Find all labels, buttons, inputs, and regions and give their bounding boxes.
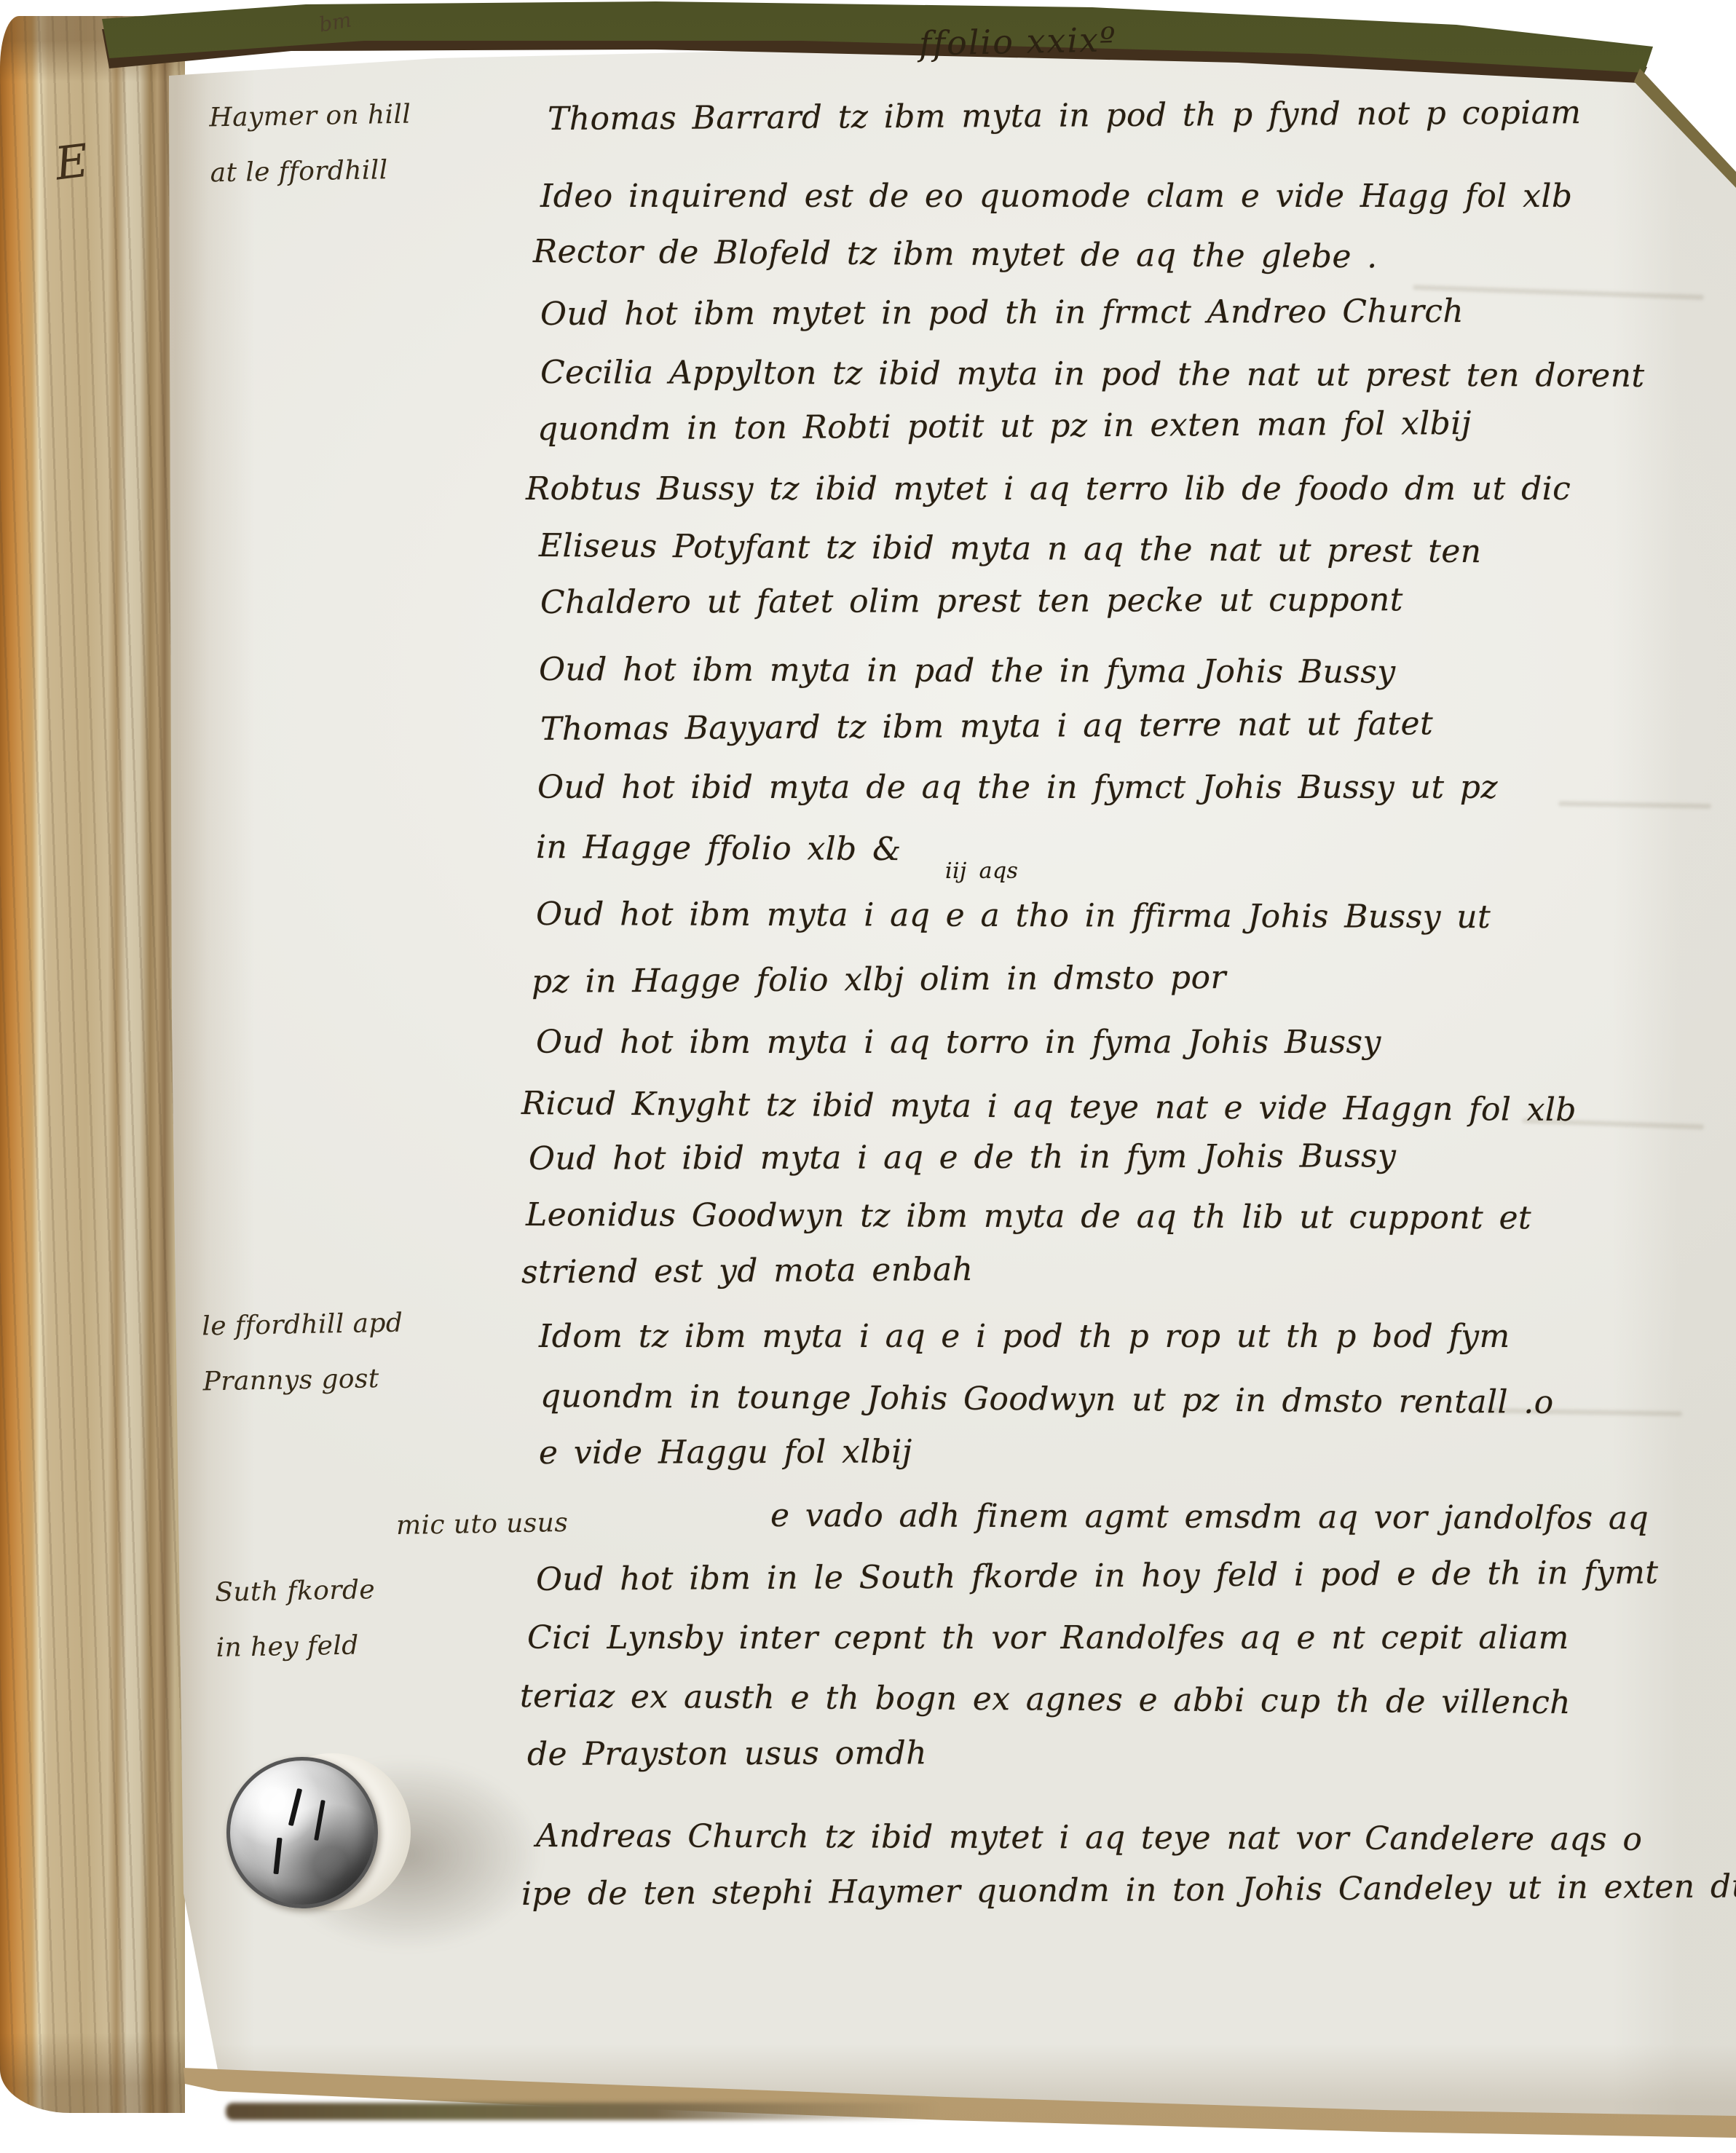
margin-note-line: in hey feld <box>216 1618 376 1676</box>
manuscript-line: e vado adh finem agmt emsdm aq vor jando… <box>770 1498 1649 1536</box>
manuscript-line: pz in Hagge folio xlbj olim in dmsto por <box>532 960 1226 1000</box>
manuscript-line: Oud hot ibm mytet in pod th in frmct And… <box>540 294 1464 332</box>
manuscript-line: Robtus Bussy tz ibid mytet i aq terro li… <box>526 472 1571 507</box>
margin-edge-mark: E <box>52 134 92 191</box>
margin-note: Suth fkordein hey feld <box>215 1563 376 1676</box>
manuscript-line: Oud hot ibm myta i aq torro in fyma Johi… <box>536 1025 1381 1060</box>
manuscript-line: quondm in tounge Johis Goodwyn ut pz in … <box>540 1379 1554 1421</box>
manuscript-line: Oud hot ibm in le South fkorde in hoy fe… <box>536 1555 1659 1597</box>
manuscript-line: Thomas Bayyard tz ibm myta i aq terre na… <box>540 706 1433 747</box>
manuscript-line: quondm in ton Robti potit ut pz in exten… <box>537 406 1472 447</box>
manuscript-line: Leonidus Goodwyn tz ibm myta de aq th li… <box>526 1198 1531 1236</box>
manuscript-line: in Hagge ffolio xlb & <box>536 830 901 868</box>
stud-mark <box>314 1800 325 1841</box>
manuscript-line: Oud hot ibid myta i aq e de th in fym Jo… <box>529 1139 1396 1177</box>
manuscript-line: Rector de Blofeld tz ibm mytet de aq the… <box>533 234 1378 275</box>
margin-note-line: Suth fkorde <box>215 1563 376 1621</box>
manuscript-line: Idom tz ibm myta i aq e i pod th p rop u… <box>539 1319 1510 1354</box>
manuscript-line: Chaldero ut fatet olim prest ten pecke u… <box>540 582 1403 620</box>
manuscript-line: Ricud Knyght tz ibid myta i aq teye nat … <box>521 1086 1577 1128</box>
manuscript-line: Cecilia Appylton tz ibid myta in pod the… <box>540 355 1645 394</box>
margin-note: le ffordhill apdPrannys gost <box>202 1296 405 1410</box>
manuscript-line: Oud hot ibid myta de aq the in fymct Joh… <box>537 770 1498 805</box>
manuscript-photo: ffolio xxixº bm E Thomas Barrard tz ibm … <box>0 0 1736 2153</box>
manuscript-line: e vide Haggu fol xlbij <box>539 1434 912 1471</box>
margin-note: mic uto usus <box>395 1496 568 1554</box>
manuscript-line: Oud hot ibm myta in pad the in fyma Johi… <box>539 652 1396 690</box>
folio-heading: ffolio xxixº <box>918 20 1117 63</box>
corner-scribble: bm <box>317 7 353 36</box>
margin-note: Haymer on hillat le ffordhill <box>209 87 413 202</box>
manuscript-line: Andreas Church tz ibid mytet i aq teye n… <box>536 1819 1642 1857</box>
manuscript-line: Eliseus Potyfant tz ibid myta n aq the n… <box>539 529 1482 570</box>
manuscript-line: ipe de ten stephi Haymer quondm in ton J… <box>521 1869 1736 1912</box>
manuscript-line: Thomas Barrard tz ibm myta in pod th p f… <box>548 95 1582 137</box>
manuscript-line: Cici Lynsby inter cepnt th vor Randolfes… <box>527 1621 1569 1656</box>
silver-stud <box>226 1757 378 1908</box>
margin-note-line: Haymer on hill <box>209 87 411 146</box>
manuscript-line: Ideo inquirend est de eo quomode clam e … <box>540 179 1572 214</box>
margin-note-line: at le ffordhill <box>210 143 412 202</box>
margin-note-line: mic uto usus <box>395 1496 568 1554</box>
manuscript-line: Oud hot ibm myta i aq e a tho in ffirma … <box>536 897 1491 936</box>
stud-mark <box>288 1788 302 1826</box>
margin-note-line: Prannys gost <box>202 1351 404 1410</box>
manuscript-line: teriaz ex austh e th bogn ex agnes e abb… <box>520 1679 1571 1721</box>
manuscript-line: iij aqs <box>945 859 1018 883</box>
manuscript-line: striend est yd mota enbah <box>521 1252 974 1290</box>
stud-mark <box>273 1838 282 1874</box>
margin-note-line: le ffordhill apd <box>202 1296 403 1355</box>
manuscript-line: de Prayston usus omdh <box>527 1736 927 1772</box>
